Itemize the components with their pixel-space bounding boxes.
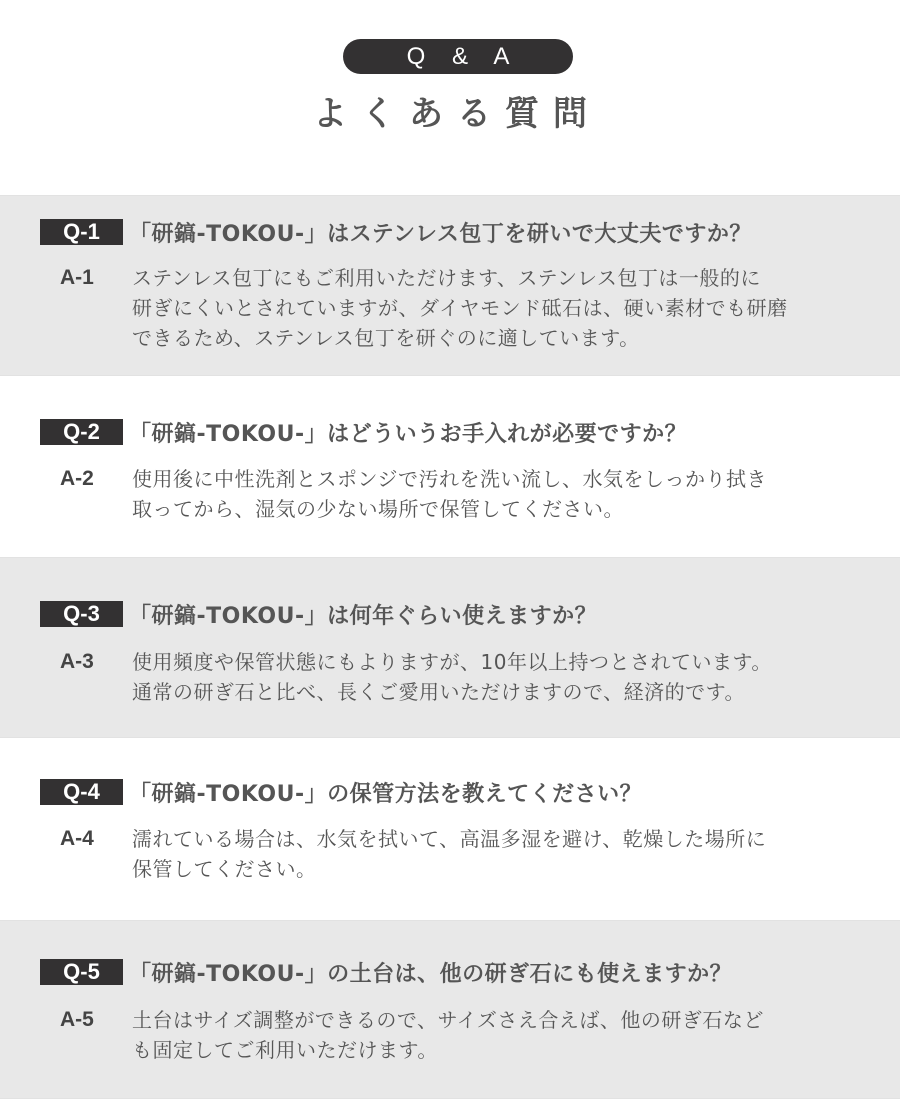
answer-label: A-1: [60, 263, 132, 293]
answer-row: A-4 濡れている場合は、水気を拭いて、高温多湿を避け、乾燥した場所に 保管して…: [60, 824, 852, 884]
question-label: Q-1: [40, 219, 123, 245]
question-row: Q-3 「研鎬-TOKOU-」は何年ぐらい使えますか？: [40, 601, 597, 627]
question-text: 「研鎬-TOKOU-」の保管方法を教えてください？: [129, 777, 642, 808]
question-row: Q-4 「研鎬-TOKOU-」の保管方法を教えてください？: [40, 779, 642, 805]
answer-text: ステンレス包丁にもご利用いただけます、ステンレス包丁は一般的に 研ぎにくいとされ…: [132, 263, 852, 353]
question-text: 「研鎬-TOKOU-」の土台は、他の研ぎ石にも使えますか？: [129, 957, 732, 988]
qa-badge: Q & A: [343, 39, 573, 74]
faq-item-1: Q-1 「研鎬-TOKOU-」はステンレス包丁を研いで大丈夫ですか？ A-1 ス…: [0, 195, 900, 376]
answer-label: A-5: [60, 1005, 132, 1035]
answer-text: 土台はサイズ調整ができるので、サイズさえ合えば、他の研ぎ石など も固定してご利用…: [132, 1005, 852, 1065]
answer-text: 濡れている場合は、水気を拭いて、高温多湿を避け、乾燥した場所に 保管してください…: [132, 824, 852, 884]
question-row: Q-5 「研鎬-TOKOU-」の土台は、他の研ぎ石にも使えますか？: [40, 959, 732, 985]
faq-item-5: Q-5 「研鎬-TOKOU-」の土台は、他の研ぎ石にも使えますか？ A-5 土台…: [0, 920, 900, 1099]
answer-row: A-2 使用後に中性洗剤とスポンジで汚れを洗い流し、水気をしっかり拭き 取ってか…: [60, 464, 852, 524]
answer-text: 使用頻度や保管状態にもよりますが、10年以上持つとされています。 通常の研ぎ石と…: [132, 647, 852, 707]
question-text: 「研鎬-TOKOU-」はどういうお手入れが必要ですか？: [129, 417, 687, 448]
answer-row: A-3 使用頻度や保管状態にもよりますが、10年以上持つとされています。 通常の…: [60, 647, 852, 707]
faq-header: Q & A よくある質問: [0, 0, 900, 195]
question-label: Q-2: [40, 419, 123, 445]
question-row: Q-2 「研鎬-TOKOU-」はどういうお手入れが必要ですか？: [40, 419, 687, 445]
question-text: 「研鎬-TOKOU-」は何年ぐらい使えますか？: [129, 599, 597, 630]
question-label: Q-5: [40, 959, 123, 985]
page-title: よくある質問: [0, 86, 900, 135]
question-label: Q-4: [40, 779, 123, 805]
faq-item-4: Q-4 「研鎬-TOKOU-」の保管方法を教えてください？ A-4 濡れている場…: [0, 738, 900, 920]
answer-row: A-1 ステンレス包丁にもご利用いただけます、ステンレス包丁は一般的に 研ぎにく…: [60, 263, 852, 353]
question-label: Q-3: [40, 601, 123, 627]
answer-label: A-2: [60, 464, 132, 494]
answer-text: 使用後に中性洗剤とスポンジで汚れを洗い流し、水気をしっかり拭き 取ってから、湿気…: [132, 464, 852, 524]
question-row: Q-1 「研鎬-TOKOU-」はステンレス包丁を研いで大丈夫ですか？: [40, 219, 752, 245]
answer-label: A-4: [60, 824, 132, 854]
faq-item-2: Q-2 「研鎬-TOKOU-」はどういうお手入れが必要ですか？ A-2 使用後に…: [0, 376, 900, 557]
answer-row: A-5 土台はサイズ調整ができるので、サイズさえ合えば、他の研ぎ石など も固定し…: [60, 1005, 852, 1065]
faq-item-3: Q-3 「研鎬-TOKOU-」は何年ぐらい使えますか？ A-3 使用頻度や保管状…: [0, 557, 900, 738]
answer-label: A-3: [60, 647, 132, 677]
question-text: 「研鎬-TOKOU-」はステンレス包丁を研いで大丈夫ですか？: [129, 217, 752, 248]
